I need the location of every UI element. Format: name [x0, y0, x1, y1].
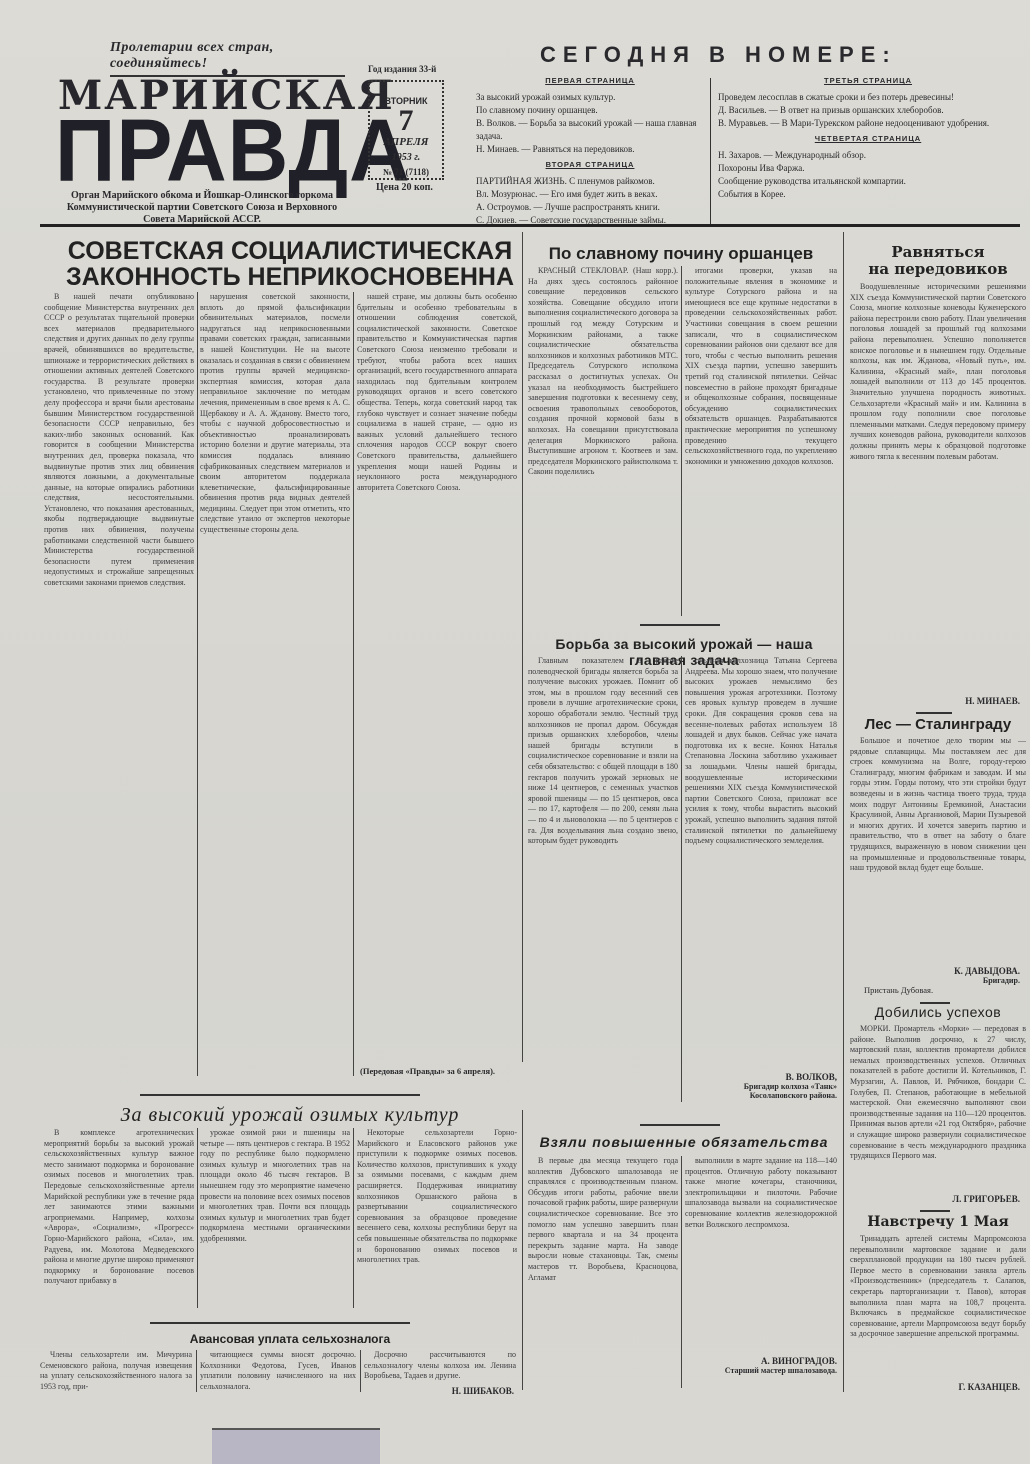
- toc-item: Н. Минаев. — Равняться на передовиков.: [476, 143, 704, 156]
- lead-headline-line2: ЗАКОННОСТЬ НЕПРИКОСНОВЕННА: [60, 264, 520, 290]
- toc-item: События в Корее.: [718, 188, 1018, 201]
- article-text: читающиеся суммы вносят досрочно. Колхоз…: [200, 1350, 356, 1392]
- advanced-headline: Равняться на передовиков: [850, 244, 1026, 278]
- toc-title: СЕГОДНЯ В НОМЕРЕ:: [540, 42, 897, 68]
- stalingrad-headline: Лес — Сталинграду: [850, 716, 1026, 733]
- toc-page-label: ТРЕТЬЯ СТРАНИЦА: [718, 74, 1018, 87]
- month: АПРЕЛЯ: [370, 136, 442, 148]
- article-text: итогами проверки, указав на положительны…: [685, 266, 837, 467]
- success-headline: Добились успехов: [850, 1004, 1026, 1020]
- harvest-task-column-1: Главным показателем в работе полеводческ…: [528, 656, 678, 1102]
- toc-page-label: ЧЕТВЕРТАЯ СТРАНИЦА: [718, 132, 1018, 145]
- orsha-column-2: итогами проверки, указав на положительны…: [685, 266, 837, 616]
- column-rule: [196, 1350, 197, 1392]
- advanced-headline-line1: Равняться: [850, 244, 1026, 261]
- article-text: Воодушевленные историческими решениями X…: [850, 282, 1026, 462]
- tax-signature: Н. ШИБАКОВ.: [364, 1386, 514, 1396]
- column-rule: [353, 292, 354, 1076]
- harvest-task-column-2: опытная колхозница Татьяна Сергеева Андр…: [685, 656, 837, 1068]
- toc-item: Д. Васильев. — В ответ на призыв оршанск…: [718, 104, 1018, 117]
- orsha-column-1: КРАСНЫЙ СТЕКЛОВАР. (Наш корр.). На днях …: [528, 266, 678, 616]
- stalingrad-signature-block: К. ДАВЫДОВА. Бригадир. Пристань Дубовая.: [850, 964, 1020, 995]
- section-rule: [843, 232, 844, 1392]
- harvest-task-signature-block: В. ВОЛКОВ, Бригадир колхоза «Танк» Косол…: [685, 1070, 837, 1100]
- success-signature: Л. ГРИГОРЬЕВ.: [850, 1194, 1020, 1204]
- toc-item: Вл. Мозурюнас. — Его имя будет жить в ве…: [476, 188, 704, 201]
- toc-item: За высокий урожай озимых культур.: [476, 91, 704, 104]
- toc-item: По славному почину оршанцев.: [476, 104, 704, 117]
- article-text: нарушения советской законности, вплоть д…: [200, 292, 350, 536]
- article-text: В комплексе агротехнических мероприятий …: [44, 1128, 194, 1287]
- divider: [640, 1124, 720, 1126]
- column-rule: [681, 1156, 682, 1388]
- toc-item: В. Волков. — Борьба за высокий урожай — …: [476, 117, 704, 143]
- article-text: урожае озимой ржи и пшеницы на четыре — …: [200, 1128, 350, 1245]
- toc-page-label: ВТОРАЯ СТРАНИЦА: [476, 158, 704, 171]
- tax-column-2: читающиеся суммы вносят досрочно. Колхоз…: [200, 1350, 356, 1396]
- article-text: КРАСНЫЙ СТЕКЛОВАР. (Наш корр.). На днях …: [528, 266, 678, 478]
- signature: В. ВОЛКОВ,: [685, 1072, 837, 1082]
- toc-item: Проведем лесосплав в сжатые сроки и без …: [718, 91, 1018, 104]
- divider: [916, 712, 952, 714]
- tax-headline: Авансовая уплата сельхозналога: [60, 1332, 520, 1346]
- tax-column-1: Члены сельхозартели им. Мичурина Семенов…: [40, 1350, 192, 1396]
- issue-number: № 71 (7118): [370, 167, 442, 177]
- lead-column-3: нашей стране, мы должны быть особенно бд…: [357, 292, 517, 1062]
- newspaper-title-line2: ПРАВДА: [55, 106, 411, 194]
- lead-headline: СОВЕТСКАЯ СОЦИАЛИСТИЧЕСКАЯ ЗАКОННОСТЬ НЕ…: [60, 238, 520, 290]
- obligations-column-1: В первые два месяца текущего года коллек…: [528, 1156, 678, 1388]
- toc-item: ПАРТИЙНАЯ ЖИЗНЬ. С пленумов райкомов.: [476, 175, 704, 188]
- signature-role: Бригадир колхоза «Танк» Косолаповского р…: [685, 1082, 837, 1100]
- article-text: Некоторые сельхозартели Горно-Марийского…: [357, 1128, 517, 1266]
- column-rule: [197, 1128, 198, 1308]
- signature: А. ВИНОГРАДОВ.: [685, 1356, 837, 1366]
- price: Цена 20 коп.: [376, 182, 433, 193]
- winter-crops-column-3: Некоторые сельхозартели Горно-Марийского…: [357, 1128, 517, 1308]
- article-text: Главным показателем в работе полеводческ…: [528, 656, 678, 847]
- article-text: Большое и почетное дело творим мы — рядо…: [850, 736, 1026, 874]
- article-text: В первые два месяца текущего года коллек…: [528, 1156, 678, 1283]
- publisher-line: Орган Марийского обкома и Йошкар-Олинско…: [62, 190, 342, 226]
- place: Пристань Дубовая.: [864, 985, 1020, 995]
- toc-divider: [710, 78, 711, 226]
- masthead-rule: [40, 224, 1020, 227]
- article-text: МОРКИ. Промартель «Морки» — передовая в …: [850, 1024, 1026, 1162]
- winter-crops-column-2: урожае озимой ржи и пшеницы на четыре — …: [200, 1128, 350, 1308]
- may-day-headline: Навстречу 1 Мая: [850, 1214, 1026, 1230]
- signature-role: Старший мастер шпалозавода.: [685, 1366, 837, 1375]
- toc-item: В. Муравьев. — В Мари-Турекском районе н…: [718, 117, 1018, 130]
- column-rule: [353, 1128, 354, 1308]
- orsha-headline: По славному почину оршанцев: [526, 244, 836, 264]
- article-text: опытная колхозница Татьяна Сергеева Андр…: [685, 656, 837, 847]
- article-text: нашей стране, мы должны быть особенно бд…: [357, 292, 517, 493]
- tax-column-3: Досрочно рассчитываются по сельхозналогу…: [364, 1350, 516, 1384]
- stalingrad-text: Большое и почетное дело творим мы — рядо…: [850, 736, 1026, 960]
- divider: [140, 1094, 420, 1096]
- article-text: выполнили в марте задание на 118—140 про…: [685, 1156, 837, 1230]
- toc-item: Сообщение руководства итальянской компар…: [718, 175, 1018, 188]
- winter-crops-column-1: В комплексе агротехнических мероприятий …: [44, 1128, 194, 1308]
- success-text: МОРКИ. Промартель «Морки» — передовая в …: [850, 1024, 1026, 1188]
- may-day-signature: Г. КАЗАНЦЕВ.: [850, 1382, 1020, 1392]
- lead-column-2: нарушения советской законности, вплоть д…: [200, 292, 350, 1076]
- obligations-signature-block: А. ВИНОГРАДОВ. Старший мастер шпалозавод…: [685, 1354, 837, 1375]
- day: 7: [370, 106, 442, 136]
- divider: [920, 1210, 950, 1212]
- toc-left: ПЕРВАЯ СТРАНИЦА За высокий урожай озимых…: [476, 72, 704, 227]
- library-stamp: [212, 1428, 380, 1464]
- year: 1953 г.: [370, 152, 442, 163]
- column-rule: [681, 266, 682, 616]
- lead-column-1: В нашей печати опубликовано сообщение Ми…: [44, 292, 194, 1076]
- article-text: Тринадцать артелей системы Марпромсоюза …: [850, 1234, 1026, 1340]
- advanced-signature: Н. МИНАЕВ.: [850, 696, 1020, 706]
- article-text: Досрочно рассчитываются по сельхозналогу…: [364, 1350, 516, 1382]
- advanced-headline-line2: на передовиков: [850, 261, 1026, 278]
- obligations-headline: Взяли повышенные обязательства: [526, 1134, 842, 1150]
- section-rule: [522, 232, 523, 1062]
- column-rule: [360, 1350, 361, 1392]
- column-rule: [197, 292, 198, 1076]
- article-text: Члены сельхозартели им. Мичурина Семенов…: [40, 1350, 192, 1392]
- newspaper-page: Пролетарии всех стран, соединяйтесь! МАР…: [0, 0, 1030, 1464]
- article-text: В нашей печати опубликовано сообщение Ми…: [44, 292, 194, 589]
- column-rule: [681, 656, 682, 1102]
- toc-right: ТРЕТЬЯ СТРАНИЦА Проведем лесосплав в сжа…: [718, 72, 1018, 201]
- winter-crops-headline: За высокий урожай озимых культур: [60, 1104, 520, 1127]
- divider: [640, 624, 720, 626]
- toc-page-label: ПЕРВАЯ СТРАНИЦА: [476, 74, 704, 87]
- divider: [150, 1322, 410, 1324]
- section-rule: [522, 1110, 523, 1390]
- advanced-text: Воодушевленные историческими решениями X…: [850, 282, 1026, 694]
- toc-item: Похороны Ива Фаржа.: [718, 162, 1018, 175]
- toc-item: А. Остроумов. — Лучше распространять кни…: [476, 201, 704, 214]
- obligations-column-2: выполнили в марте задание на 118—140 про…: [685, 1156, 837, 1352]
- lead-source: (Передовая «Правды» за 6 апреля).: [360, 1066, 495, 1076]
- may-day-text: Тринадцать артелей системы Марпромсоюза …: [850, 1234, 1026, 1380]
- signature: К. ДАВЫДОВА.: [850, 966, 1020, 976]
- issue-date-box: ВТОРНИК 7 АПРЕЛЯ 1953 г. № 71 (7118): [368, 80, 444, 180]
- year-of-publication: Год издания 33-й: [368, 64, 436, 74]
- signature-role: Бригадир.: [850, 976, 1020, 985]
- toc-item: Н. Захаров. — Международный обзор.: [718, 149, 1018, 162]
- lead-headline-line1: СОВЕТСКАЯ СОЦИАЛИСТИЧЕСКАЯ: [60, 238, 520, 264]
